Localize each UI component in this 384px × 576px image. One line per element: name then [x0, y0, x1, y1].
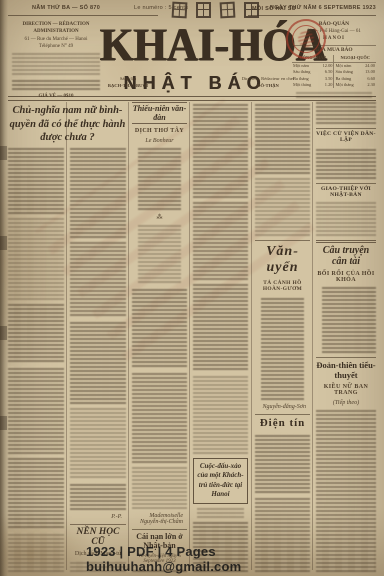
- hanzi-glyph: [196, 2, 211, 18]
- price-value: 24.00: [361, 62, 376, 69]
- scan-edge-marks: [0, 90, 7, 430]
- digitization-watermark: 1923 | PDF | 4 Pages buihuuhanh@gmail.co…: [86, 545, 241, 575]
- illegible-text-block: [8, 304, 64, 362]
- advert-box: Cuộc-đấu-xảo của một Khách-trú tiên-đức …: [193, 458, 248, 504]
- article-signature: P.-P.: [70, 514, 126, 520]
- illegible-text-block: [70, 242, 126, 316]
- column-4: Cuộc-đấu-xảo của một Khách-trú tiên-đức …: [193, 102, 248, 572]
- admin-line: DIRECTION — RÉDACTION: [10, 21, 102, 28]
- poem-divider: ⁂: [132, 214, 187, 221]
- price-row: Một năm12.00 Một năm24.00: [292, 62, 376, 69]
- illegible-text-block: [12, 78, 100, 90]
- story-subtitle: BỐI RỐI CỦA HỒI KHÓA: [316, 271, 376, 283]
- admin-line: 61 — Rue du Marché — Hanoi: [10, 36, 102, 43]
- illegible-text-block: [70, 148, 126, 238]
- column-rule: [312, 102, 313, 570]
- newspaper-scan-page: NĂM THỨ BA — SỐ 870 Le numéro : 5 cents …: [0, 0, 384, 576]
- serial-continued: (Tiếp theo): [316, 400, 376, 406]
- admin-line: Téléphone N° 49: [10, 43, 102, 50]
- illegible-text-block: [255, 178, 310, 236]
- column-rule: [189, 102, 190, 570]
- illegible-text-block: [8, 148, 64, 214]
- section-heading-thieu-nien: Thiếu-niên văn-đàn: [132, 102, 187, 124]
- watermark-line-2: buihuuhanh@gmail.com: [86, 560, 241, 575]
- illegible-text-block: [316, 202, 376, 236]
- poem-text-block: [138, 225, 181, 283]
- illegible-text-block: [70, 408, 126, 478]
- watermark-line-1: 1923 | PDF | 4 Pages: [86, 545, 241, 560]
- illegible-text-block: [70, 482, 126, 510]
- administration-box: DIRECTION — RÉDACTION ADMINISTRATION 61 …: [10, 21, 102, 100]
- poem-text-block: [138, 148, 181, 210]
- column-rule: [66, 102, 67, 570]
- chinese-title: 報 日 化 開: [172, 2, 259, 18]
- illegible-text-block: [316, 147, 376, 179]
- director-label: Directeur, Rédacteur en chef: [240, 76, 296, 83]
- issue-date: NGÀY THỨ NĂM 6 SEPTEMBRE 1923: [270, 5, 376, 11]
- price-row: Một tháng1.20 Một tháng2.30: [292, 82, 376, 88]
- topbar-rule-left: [8, 15, 158, 16]
- section-heading-van-uyen: Văn-uyển: [255, 240, 310, 276]
- hanzi-glyph: [172, 2, 187, 18]
- price-label: Một tháng: [334, 82, 361, 88]
- column-rule: [251, 102, 252, 570]
- price-col-header: NGOẠI-QUỐC: [334, 55, 376, 62]
- founder-name: BẠCH-THÁI-BƯỞI: [102, 83, 154, 90]
- illegible-text-block: [255, 102, 310, 174]
- headline-spacer: [70, 102, 126, 144]
- column-5: Văn-uyển TẢ CẢNH HỒ HOÀN-GƯƠM Nguyễn-đăn…: [255, 102, 310, 572]
- illegible-text-block: [193, 202, 248, 280]
- illegible-text-block: [70, 320, 126, 404]
- illegible-text-block: [197, 508, 244, 518]
- news-heading-giao-thiep: GIAO-THIỆP VỚI NHẬT-BẢN: [316, 183, 376, 198]
- hanzi-glyph: [220, 2, 235, 18]
- paper-title: KHAI-HÓA: [100, 22, 290, 68]
- masthead-separator-rule: [8, 96, 376, 101]
- price-label: Một tháng: [292, 82, 318, 88]
- admin-line: ADMINISTRATION: [10, 28, 102, 35]
- illegible-text-block: [255, 497, 310, 572]
- illegible-text-block: [8, 532, 64, 572]
- section-heading-cau-truyen: Câu truyện cân tài: [316, 240, 376, 267]
- news-heading-viec-cu: VIỆC CỬ VIỆN DÂN-LẬP: [316, 128, 376, 143]
- poem-title: TẢ CẢNH HỒ HOÀN-GƯƠM: [255, 280, 310, 292]
- illegible-text-block: [8, 458, 64, 528]
- poem-category: DỊCH THƠ TÂY: [132, 128, 187, 134]
- illegible-text-block: [193, 284, 248, 370]
- illegible-text-block: [193, 102, 248, 198]
- illegible-text-block: [132, 371, 187, 463]
- article-signature: Nguyễn-đăng-Sơn: [255, 404, 310, 410]
- illegible-text-block: [132, 287, 187, 367]
- section-heading-dien-tin: Điện tín: [255, 414, 310, 429]
- illegible-text-block: [316, 102, 376, 124]
- price-table: ĐÔNG-PHÁP NGOẠI-QUỐC Một năm12.00 Một nă…: [292, 55, 376, 88]
- article-signature: Mademoiselle Nguyễn-thị-Châm: [132, 513, 187, 525]
- price-value: 2.30: [361, 82, 376, 88]
- founder-label: Sáng-lập: [102, 76, 154, 83]
- price-label: Một năm: [292, 62, 318, 69]
- illegible-text-block: [316, 410, 376, 572]
- serial-title: KIỀU NỮ BAN TRANG: [316, 384, 376, 396]
- edition-number: NĂM THỨ BA — SỐ 870: [32, 5, 100, 11]
- topbar-rule-right: [248, 15, 376, 16]
- founder-credit: Sáng-lập BẠCH-THÁI-BƯỞI: [102, 76, 154, 90]
- column-6: VIỆC CỬ VIỆN DÂN-LẬP GIAO-THIỆP VỚI NHẬT…: [316, 102, 376, 572]
- column-1: [8, 102, 64, 572]
- column-2: P.-P. NỀN HỌC CŨ Dịch sách Mạnh-tử: [70, 102, 126, 572]
- price-value: 12.00: [318, 62, 334, 69]
- price-value: 1.20: [318, 82, 334, 88]
- price-label: Một năm: [334, 62, 361, 69]
- illegible-text-block: [12, 53, 100, 75]
- headline-spacer: [8, 102, 64, 144]
- column-3: Thiếu-niên văn-đàn DỊCH THƠ TÂY Le Bonhe…: [132, 102, 187, 572]
- dialogue-text-block: [322, 287, 376, 353]
- director-credit: Directeur, Rédacteur en chef ĐỖ-THẬN: [240, 76, 296, 90]
- illegible-text-block: [255, 433, 310, 493]
- director-name: ĐỖ-THẬN: [240, 83, 296, 90]
- illegible-text-block: [8, 366, 64, 454]
- poem-text-block: [261, 296, 304, 400]
- poem-title: Le Bonheur: [132, 138, 187, 144]
- section-heading-doan-thien: Đoản-thiên tiểu-thuyết: [316, 357, 376, 380]
- illegible-text-block: [132, 467, 187, 509]
- column-rule: [128, 102, 129, 570]
- illegible-text-block: [193, 374, 248, 454]
- hanzi-glyph: [244, 2, 259, 18]
- illegible-text-block: [8, 218, 64, 300]
